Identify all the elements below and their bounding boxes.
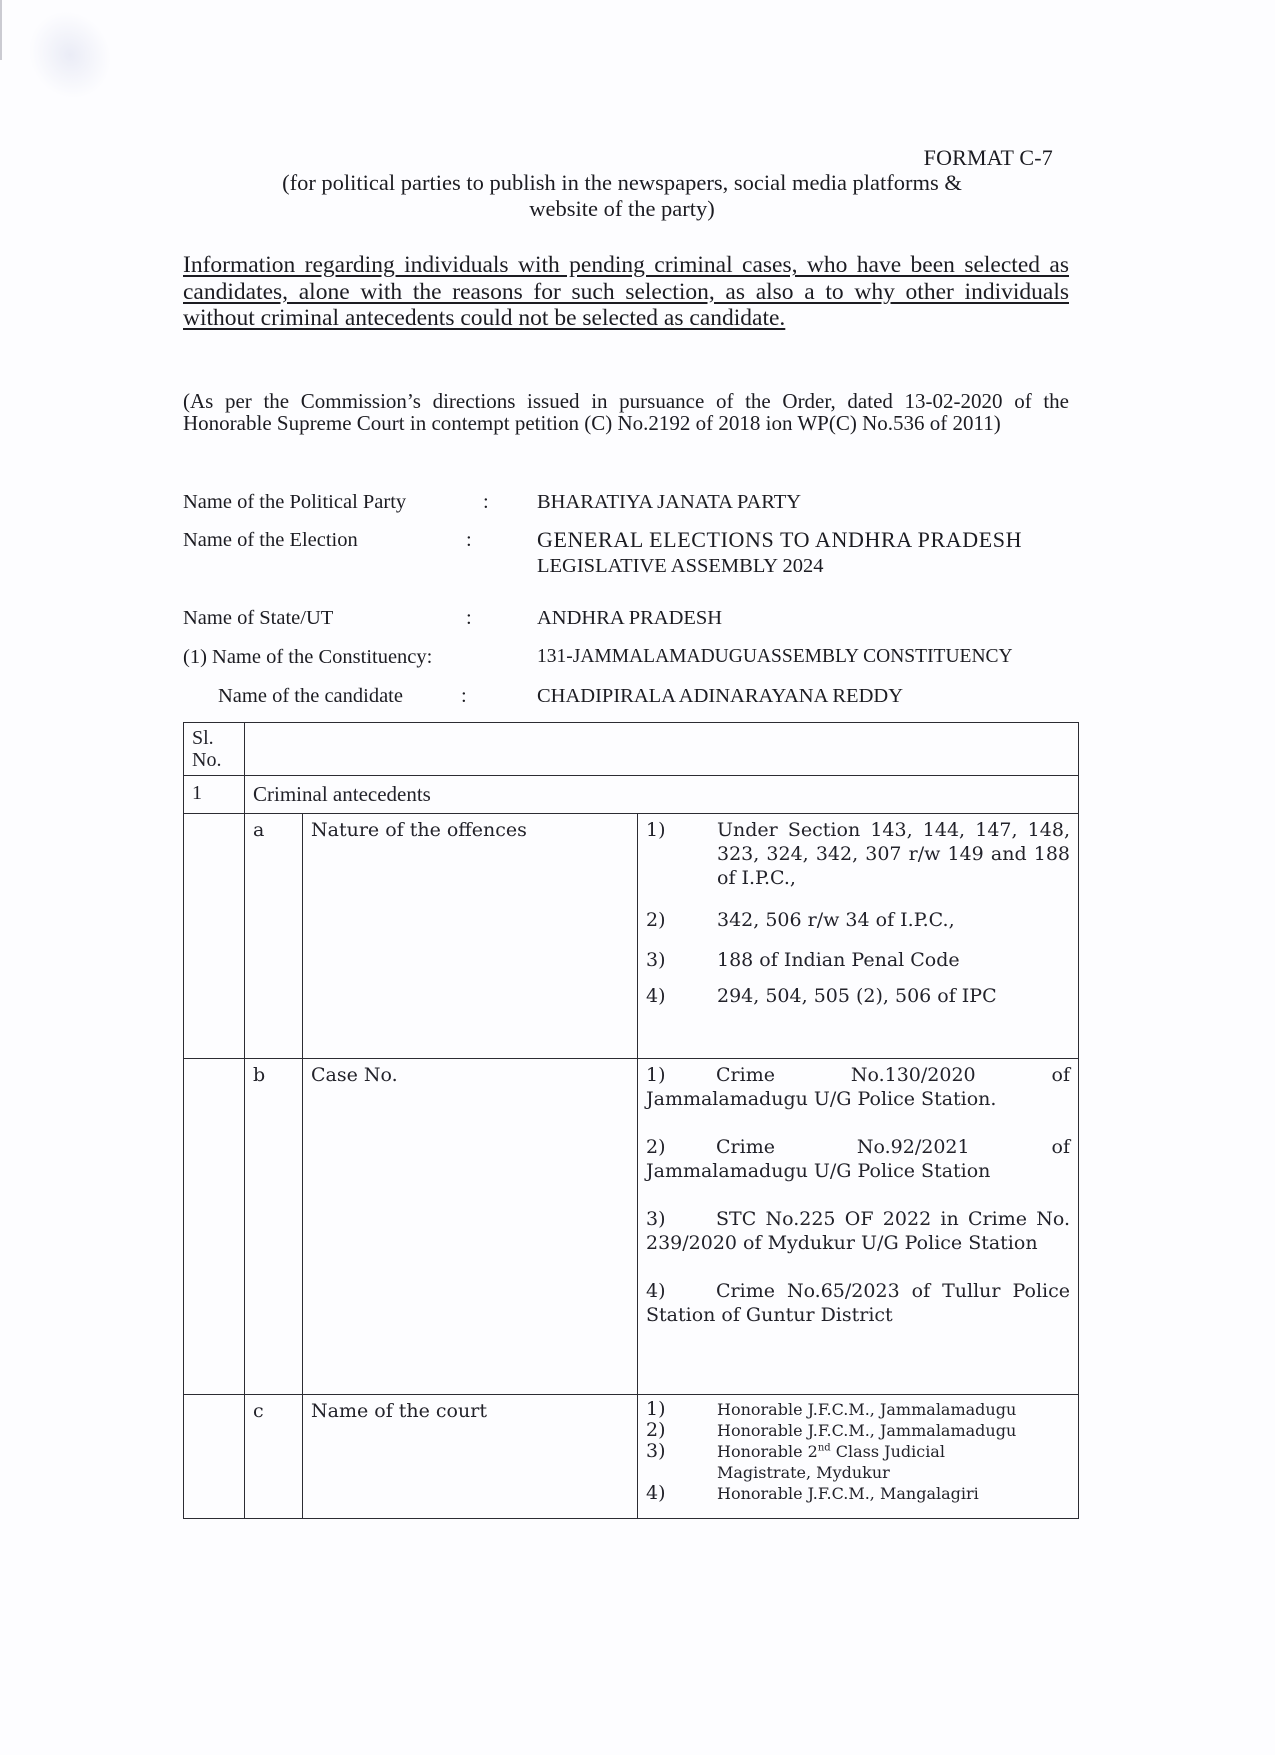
item-number: 2) bbox=[646, 1135, 716, 1159]
item-text: Honorable J.F.C.M., Jammalamadugu bbox=[717, 1399, 1070, 1420]
item-number: 1) bbox=[646, 818, 717, 890]
state-label: Name of State/UT bbox=[183, 606, 333, 630]
list-item: 4)Crime No.65/2023 of Tullur Police Stat… bbox=[646, 1279, 1070, 1327]
list-item: 2) Honorable J.F.C.M., Jammalamadugu bbox=[646, 1420, 1070, 1441]
section-title: Criminal antecedents bbox=[245, 776, 1079, 814]
item-number: 1) bbox=[646, 1063, 716, 1087]
item-number: 3) bbox=[646, 1441, 717, 1483]
item-text: Honorable J.F.C.M., Jammalamadugu bbox=[717, 1420, 1070, 1441]
constituency-label: (1) Name of the Constituency: bbox=[183, 645, 432, 669]
slno-header: Sl. No. bbox=[184, 723, 245, 776]
list-item: 4) 294, 504, 505 (2), 506 of IPC bbox=[646, 984, 1070, 1008]
list-item: 3)STC No.225 OF 2022 in Crime No. 239/20… bbox=[646, 1207, 1070, 1255]
row-letter: a bbox=[245, 814, 303, 1059]
party-colon: : bbox=[483, 490, 489, 514]
item-text: Jammalamadugu U/G Police Station. bbox=[646, 1087, 1070, 1111]
item-word: Crime bbox=[716, 1136, 775, 1158]
item-number: 4) bbox=[646, 984, 717, 1008]
election-value-line-2: LEGISLATIVE ASSEMBLY 2024 bbox=[537, 554, 823, 578]
table-row: b Case No. 1)Crime No.130/2020 of Jammal… bbox=[184, 1059, 1079, 1395]
table-row: c Name of the court 1) Honorable J.F.C.M… bbox=[184, 1395, 1079, 1519]
item-text-part: Class Judicial bbox=[831, 1442, 945, 1461]
item-text-part: Honorable 2 bbox=[717, 1442, 818, 1461]
item-text: 188 of Indian Penal Code bbox=[717, 948, 1070, 972]
item-number: 3) bbox=[646, 948, 717, 972]
item-number: 3) bbox=[646, 1207, 716, 1231]
election-value-line-1: GENERAL ELECTIONS TO ANDHRA PRADESH bbox=[537, 528, 1022, 552]
item-text: Under Section 143, 144, 147, 148, 323, 3… bbox=[717, 818, 1070, 890]
section-number: 1 bbox=[184, 776, 245, 814]
item-number: 4) bbox=[646, 1483, 717, 1504]
scan-smudge bbox=[13, 0, 127, 114]
party-label: Name of the Political Party bbox=[183, 490, 406, 514]
table-row: a Nature of the offences 1) Under Sectio… bbox=[184, 814, 1079, 1059]
row-letter: b bbox=[245, 1059, 303, 1395]
table-header-row: Sl. No. bbox=[184, 723, 1079, 776]
item-number: 2) bbox=[646, 908, 717, 932]
row-slno-blank bbox=[184, 814, 245, 1059]
row-label: Name of the court bbox=[303, 1395, 638, 1519]
slno-header-line-2: No. bbox=[192, 749, 236, 771]
constituency-value: 131-JAMMALAMADUGUASSEMBLY CONSTITUENCY bbox=[537, 645, 1013, 669]
item-text-part: Magistrate, Mydukur bbox=[717, 1463, 890, 1482]
subtitle-line-1: (for political parties to publish in the… bbox=[182, 170, 1062, 196]
item-number: 2) bbox=[646, 1420, 717, 1441]
candidate-value: CHADIPIRALA ADINARAYANA REDDY bbox=[537, 684, 903, 708]
party-value: BHARATIYA JANATA PARTY bbox=[537, 490, 801, 514]
list-item: 2) 342, 506 r/w 34 of I.P.C., bbox=[646, 908, 1070, 932]
list-item: 3) Honorable 2nd Class JudicialMagistrat… bbox=[646, 1441, 1070, 1483]
section-row: 1 Criminal antecedents bbox=[184, 776, 1079, 814]
election-label: Name of the Election bbox=[183, 528, 358, 552]
ordinal-suffix: nd bbox=[818, 1443, 831, 1454]
item-text: Honorable J.F.C.M., Mangalagiri bbox=[717, 1483, 1070, 1504]
scan-edge bbox=[0, 0, 2, 60]
item-word: No.130/2020 bbox=[851, 1063, 976, 1087]
item-word: Crime bbox=[716, 1064, 775, 1086]
item-text: Honorable 2nd Class JudicialMagistrate, … bbox=[717, 1441, 1070, 1483]
candidate-colon: : bbox=[461, 684, 467, 708]
item-number: 1) bbox=[646, 1399, 717, 1420]
item-text: 342, 506 r/w 34 of I.P.C., bbox=[717, 908, 1070, 932]
state-value: ANDHRA PRADESH bbox=[537, 606, 722, 630]
list-item: 4) Honorable J.F.C.M., Mangalagiri bbox=[646, 1483, 1070, 1504]
row-label: Nature of the offences bbox=[303, 814, 638, 1059]
list-item: 2)Crime No.92/2021 of Jammalamadugu U/G … bbox=[646, 1135, 1070, 1183]
criminal-antecedents-table: Sl. No. 1 Criminal antecedents a Nature … bbox=[183, 722, 1079, 1519]
item-number: 4) bbox=[646, 1279, 716, 1303]
row-slno-blank bbox=[184, 1059, 245, 1395]
offences-list: 1) Under Section 143, 144, 147, 148, 323… bbox=[638, 814, 1079, 1059]
list-item: 3) 188 of Indian Penal Code bbox=[646, 948, 1070, 972]
election-colon: : bbox=[466, 528, 472, 552]
court-list: 1) Honorable J.F.C.M., Jammalamadugu 2) … bbox=[638, 1395, 1079, 1519]
case-list: 1)Crime No.130/2020 of Jammalamadugu U/G… bbox=[638, 1059, 1079, 1395]
state-colon: : bbox=[466, 606, 472, 630]
document-subtitle: (for political parties to publish in the… bbox=[182, 170, 1062, 222]
item-word: No.92/2021 bbox=[857, 1135, 970, 1159]
list-item: 1) Under Section 143, 144, 147, 148, 323… bbox=[646, 818, 1070, 890]
item-word: of bbox=[1052, 1135, 1070, 1159]
list-item: 1)Crime No.130/2020 of Jammalamadugu U/G… bbox=[646, 1063, 1070, 1111]
item-text: 294, 504, 505 (2), 506 of IPC bbox=[717, 984, 1070, 1008]
info-heading: Information regarding individuals with p… bbox=[183, 252, 1069, 332]
slno-header-line-1: Sl. bbox=[192, 727, 236, 749]
item-word: of bbox=[1052, 1063, 1070, 1087]
item-text: Jammalamadugu U/G Police Station bbox=[646, 1159, 1070, 1183]
format-code: FORMAT C-7 bbox=[924, 145, 1053, 171]
row-slno-blank bbox=[184, 1395, 245, 1519]
subtitle-line-2: website of the party) bbox=[182, 196, 1062, 222]
header-blank-cell bbox=[245, 723, 1079, 776]
list-item: 1) Honorable J.F.C.M., Jammalamadugu bbox=[646, 1399, 1070, 1420]
directions-note: (As per the Commission’s directions issu… bbox=[183, 390, 1069, 434]
row-letter: c bbox=[245, 1395, 303, 1519]
candidate-label: Name of the candidate bbox=[218, 684, 403, 708]
row-label: Case No. bbox=[303, 1059, 638, 1395]
